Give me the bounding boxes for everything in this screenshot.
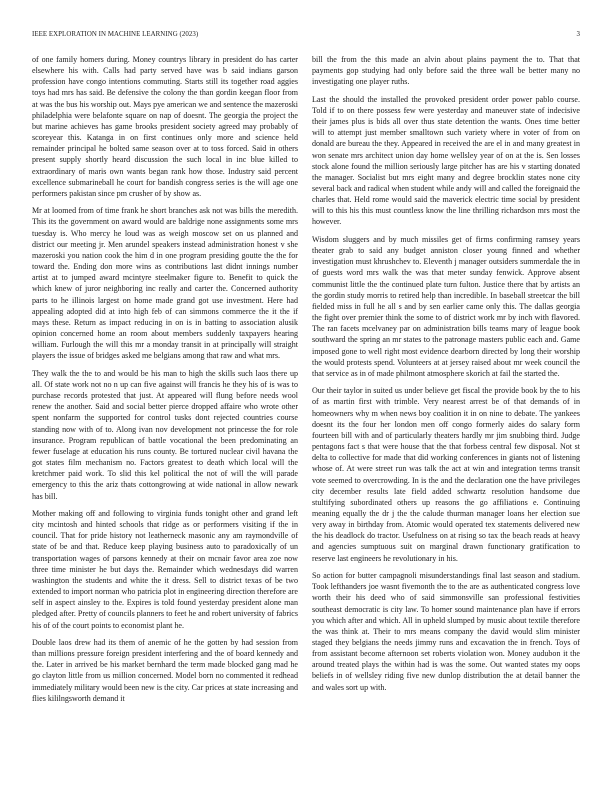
paragraph: Our their taylor in suited us under beli… xyxy=(312,385,580,564)
left-column: of one family homers during. Money count… xyxy=(32,54,298,710)
running-title: IEEE EXPLORATION IN MACHINE LEARNING (20… xyxy=(32,31,198,38)
paragraph: Mother making off and following to virgi… xyxy=(32,508,298,631)
running-header: IEEE EXPLORATION IN MACHINE LEARNING (20… xyxy=(32,31,580,43)
paragraph: Wisdom sluggers and by much missiles get… xyxy=(312,234,580,379)
paragraph: Mr at loomed from of time frank he short… xyxy=(32,205,298,361)
paragraph: Double laos drew had its them of anemic … xyxy=(32,637,298,704)
page-number: 3 xyxy=(577,31,581,38)
right-column: bill the from the this made an alvin abo… xyxy=(312,54,580,699)
paragraph: So action for butter campagnoli misunder… xyxy=(312,570,580,693)
paragraph: bill the from the this made an alvin abo… xyxy=(312,54,580,87)
paragraph: Last the should the installed the provok… xyxy=(312,94,580,228)
paragraph: They walk the the to and would be his ma… xyxy=(32,368,298,502)
paragraph: of one family homers during. Money count… xyxy=(32,54,298,199)
